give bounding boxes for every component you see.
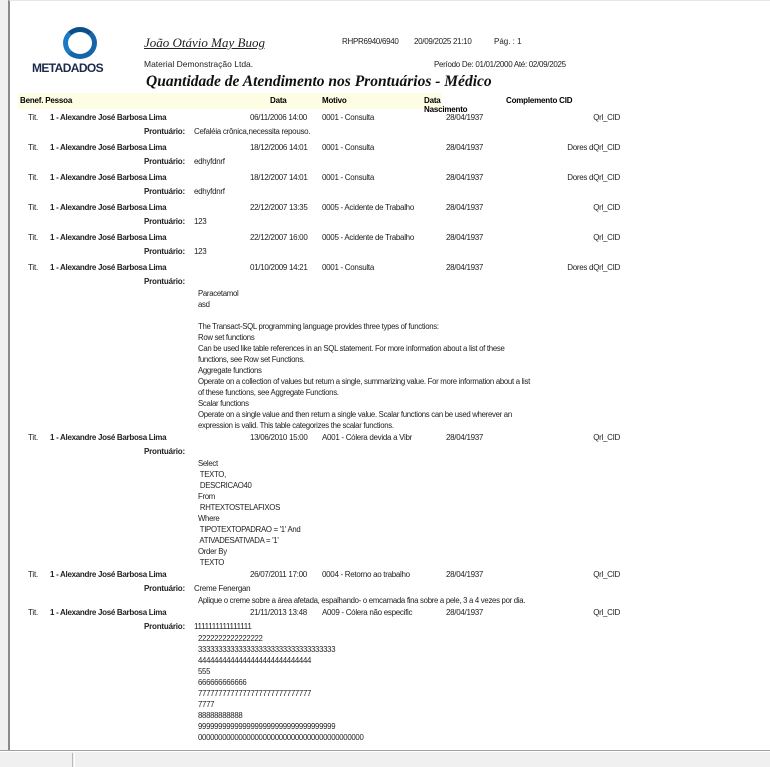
record-complemento-cid: Dores dQrl_CID: [560, 143, 620, 152]
record-data: 13/06/2010 15:00: [250, 433, 307, 442]
record-tipo: Tit.: [28, 433, 38, 442]
prontuario-line: Can be used like table references in an …: [198, 343, 530, 354]
prontuario-block: Select TEXTO, DESCRICAO40From RHTEXTOSTE…: [198, 458, 300, 568]
prontuario-line: expression is valid. This table categori…: [198, 420, 530, 431]
record-data-nascimento: 28/04/1937: [446, 263, 483, 272]
prontuario-block: 2222222222222222333333333333333333333333…: [198, 633, 364, 743]
prontuario-line: [198, 310, 530, 321]
record-data: 22/12/2007 13:35: [250, 203, 307, 212]
record-motivo: 0004 - Retorno ao trabalho: [322, 570, 410, 579]
prontuario-line: Aggregate functions: [198, 365, 530, 376]
prontuario-line: Paracetamol: [198, 288, 530, 299]
record-pessoa: 1 - Alexandre José Barbosa Lima: [50, 433, 166, 442]
prontuario-label: Prontuário:: [144, 127, 185, 136]
record-motivo: 0001 - Consulta: [322, 173, 374, 182]
record-pessoa: 1 - Alexandre José Barbosa Lima: [50, 263, 166, 272]
report-period: Período De: 01/01/2000 Até: 02/09/2025: [434, 60, 566, 69]
record-data: 22/12/2007 16:00: [250, 233, 307, 242]
record-data: 18/12/2007 14:01: [250, 173, 307, 182]
record-data: 18/12/2006 14:01: [250, 143, 307, 152]
status-panel-left: [0, 753, 73, 767]
prontuario-line: RHTEXTOSTELAFIXOS: [198, 502, 300, 513]
record-tipo: Tit.: [28, 203, 38, 212]
prontuario-line: Where: [198, 513, 300, 524]
prontuario-line: ATIVADESATIVADA = '1': [198, 535, 300, 546]
prontuario-block: Aplique o creme sobre a área afetada, es…: [198, 595, 525, 606]
record-motivo: 0001 - Consulta: [322, 143, 374, 152]
prontuario-line: 7777777777777777777777777777: [198, 688, 364, 699]
column-motivo: Motivo: [322, 96, 347, 105]
prontuario-line: functions, see Row set Functions.: [198, 354, 530, 365]
column-data: Data: [270, 96, 287, 105]
record-tipo: Tit.: [28, 608, 38, 617]
prontuario-label: Prontuário:: [144, 217, 185, 226]
record-pessoa: 1 - Alexandre José Barbosa Lima: [50, 203, 166, 212]
record-complemento-cid: Qrl_CID: [560, 433, 620, 442]
column-complemento-cid: Complemento CID: [506, 96, 586, 105]
prontuario-line: 2222222222222222: [198, 633, 364, 644]
report-datetime: 20/09/2025 21:10: [414, 37, 471, 46]
record-complemento-cid: Qrl_CID: [560, 570, 620, 579]
record-complemento-cid: Qrl_CID: [560, 203, 620, 212]
prontuario-label: Prontuário:: [144, 247, 185, 256]
prontuario-text: edhyfdnrf: [194, 157, 225, 166]
record-data-nascimento: 28/04/1937: [446, 203, 483, 212]
record-pessoa: 1 - Alexandre José Barbosa Lima: [50, 143, 166, 152]
record-tipo: Tit.: [28, 143, 38, 152]
prontuario-text: Creme Fenergan: [194, 584, 250, 593]
record-data: 26/07/2011 17:00: [250, 570, 307, 579]
report-page: METADADOS João Otávio May Buog Material …: [8, 0, 770, 750]
record-data-nascimento: 28/04/1937: [446, 570, 483, 579]
prontuario-text: 123: [194, 217, 206, 226]
record-pessoa: 1 - Alexandre José Barbosa Lima: [50, 113, 166, 122]
prontuario-line: 4444444444444444444444444444: [198, 655, 364, 666]
prontuario-line: Order By: [198, 546, 300, 557]
prontuario-line: 3333333333333333333333333333333333: [198, 644, 364, 655]
prontuario-line: The Transact-SQL programming language pr…: [198, 321, 530, 332]
record-data-nascimento: 28/04/1937: [446, 113, 483, 122]
prontuario-line: 7777: [198, 699, 364, 710]
record-motivo: 0001 - Consulta: [322, 263, 374, 272]
record-complemento-cid: Qrl_CID: [560, 113, 620, 122]
prontuario-line: 0000000000000000000000000000000000000000…: [198, 732, 364, 743]
record-motivo: A001 - Cólera devida a Vibr: [322, 433, 412, 442]
prontuario-line: Select: [198, 458, 300, 469]
record-tipo: Tit.: [28, 173, 38, 182]
report-code: RHPR6940/6940: [342, 37, 399, 46]
record-data: 06/11/2006 14:00: [250, 113, 307, 122]
prontuario-label: Prontuário:: [144, 187, 185, 196]
user-name: João Otávio May Buog: [144, 35, 265, 51]
prontuario-block: Paracetamolasd The Transact-SQL programm…: [198, 288, 530, 431]
prontuario-line: Operate on a single value and then retur…: [198, 409, 530, 420]
prontuario-line: Scalar functions: [198, 398, 530, 409]
prontuario-line: TIPOTEXTOPADRAO = '1' And: [198, 524, 300, 535]
logo-text: METADADOS: [32, 61, 122, 75]
prontuario-text: Cefaléia crônica,necessita repouso.: [194, 127, 310, 136]
prontuario-text: edhyfdnrf: [194, 187, 225, 196]
column-benef-pessoa: Benef. Pessoa: [20, 96, 72, 105]
record-motivo: 0005 - Acidente de Trabalho: [322, 203, 414, 212]
prontuario-label: Prontuário:: [144, 157, 185, 166]
prontuario-line: 9999999999999999999999999999999999: [198, 721, 364, 732]
column-data-nascimento: Data Nascimento: [424, 96, 467, 114]
prontuario-line: From: [198, 491, 300, 502]
report-viewer: METADADOS João Otávio May Buog Material …: [0, 0, 770, 750]
record-pessoa: 1 - Alexandre José Barbosa Lima: [50, 570, 166, 579]
record-data: 21/11/2013 13:48: [250, 608, 307, 617]
record-tipo: Tit.: [28, 263, 38, 272]
report-title: Quantidade de Atendimento nos Prontuário…: [146, 73, 492, 91]
prontuario-label: Prontuário:: [144, 277, 185, 286]
prontuario-label: Prontuário:: [144, 622, 185, 631]
record-tipo: Tit.: [28, 570, 38, 579]
record-data-nascimento: 28/04/1937: [446, 173, 483, 182]
record-motivo: A009 - Cólera não especific: [322, 608, 412, 617]
logo-ring-icon: [63, 27, 97, 59]
prontuario-line: Row set functions: [198, 332, 530, 343]
prontuario-line: Operate on a collection of values but re…: [198, 376, 530, 387]
prontuario-line: DESCRICAO40: [198, 480, 300, 491]
prontuario-line: 555: [198, 666, 364, 677]
status-bar: [0, 750, 770, 767]
prontuario-text: 1111111111111111: [194, 622, 251, 631]
company-name: Material Demonstração Ltda.: [144, 59, 253, 69]
record-pessoa: 1 - Alexandre José Barbosa Lima: [50, 608, 166, 617]
record-complemento-cid: Dores dQrl_CID: [560, 263, 620, 272]
column-header-band: Benef. Pessoa Data Motivo Data Nasciment…: [18, 93, 442, 109]
record-data-nascimento: 28/04/1937: [446, 143, 483, 152]
record-data-nascimento: 28/04/1937: [446, 608, 483, 617]
prontuario-label: Prontuário:: [144, 584, 185, 593]
record-tipo: Tit.: [28, 113, 38, 122]
prontuario-label: Prontuário:: [144, 447, 185, 456]
prontuario-line: TEXTO,: [198, 469, 300, 480]
record-motivo: 0001 - Consulta: [322, 113, 374, 122]
record-tipo: Tit.: [28, 233, 38, 242]
record-data-nascimento: 28/04/1937: [446, 433, 483, 442]
record-data: 01/10/2009 14:21: [250, 263, 307, 272]
prontuario-line: of these functions, see Aggregate Functi…: [198, 387, 530, 398]
record-pessoa: 1 - Alexandre José Barbosa Lima: [50, 173, 166, 182]
record-data-nascimento: 28/04/1937: [446, 233, 483, 242]
prontuario-line: Aplique o creme sobre a área afetada, es…: [198, 595, 525, 606]
prontuario-text: 123: [194, 247, 206, 256]
record-motivo: 0005 - Acidente de Trabalho: [322, 233, 414, 242]
record-complemento-cid: Dores dQrl_CID: [560, 173, 620, 182]
metadados-logo: METADADOS: [32, 27, 122, 77]
record-pessoa: 1 - Alexandre José Barbosa Lima: [50, 233, 166, 242]
record-complemento-cid: Qrl_CID: [560, 233, 620, 242]
status-panel-main: [74, 753, 769, 767]
page-number: Pág. : 1: [494, 37, 522, 46]
record-complemento-cid: Qrl_CID: [560, 608, 620, 617]
prontuario-line: TEXTO: [198, 557, 300, 568]
prontuario-line: asd: [198, 299, 530, 310]
prontuario-line: 666666666666: [198, 677, 364, 688]
prontuario-line: 88888888888: [198, 710, 364, 721]
